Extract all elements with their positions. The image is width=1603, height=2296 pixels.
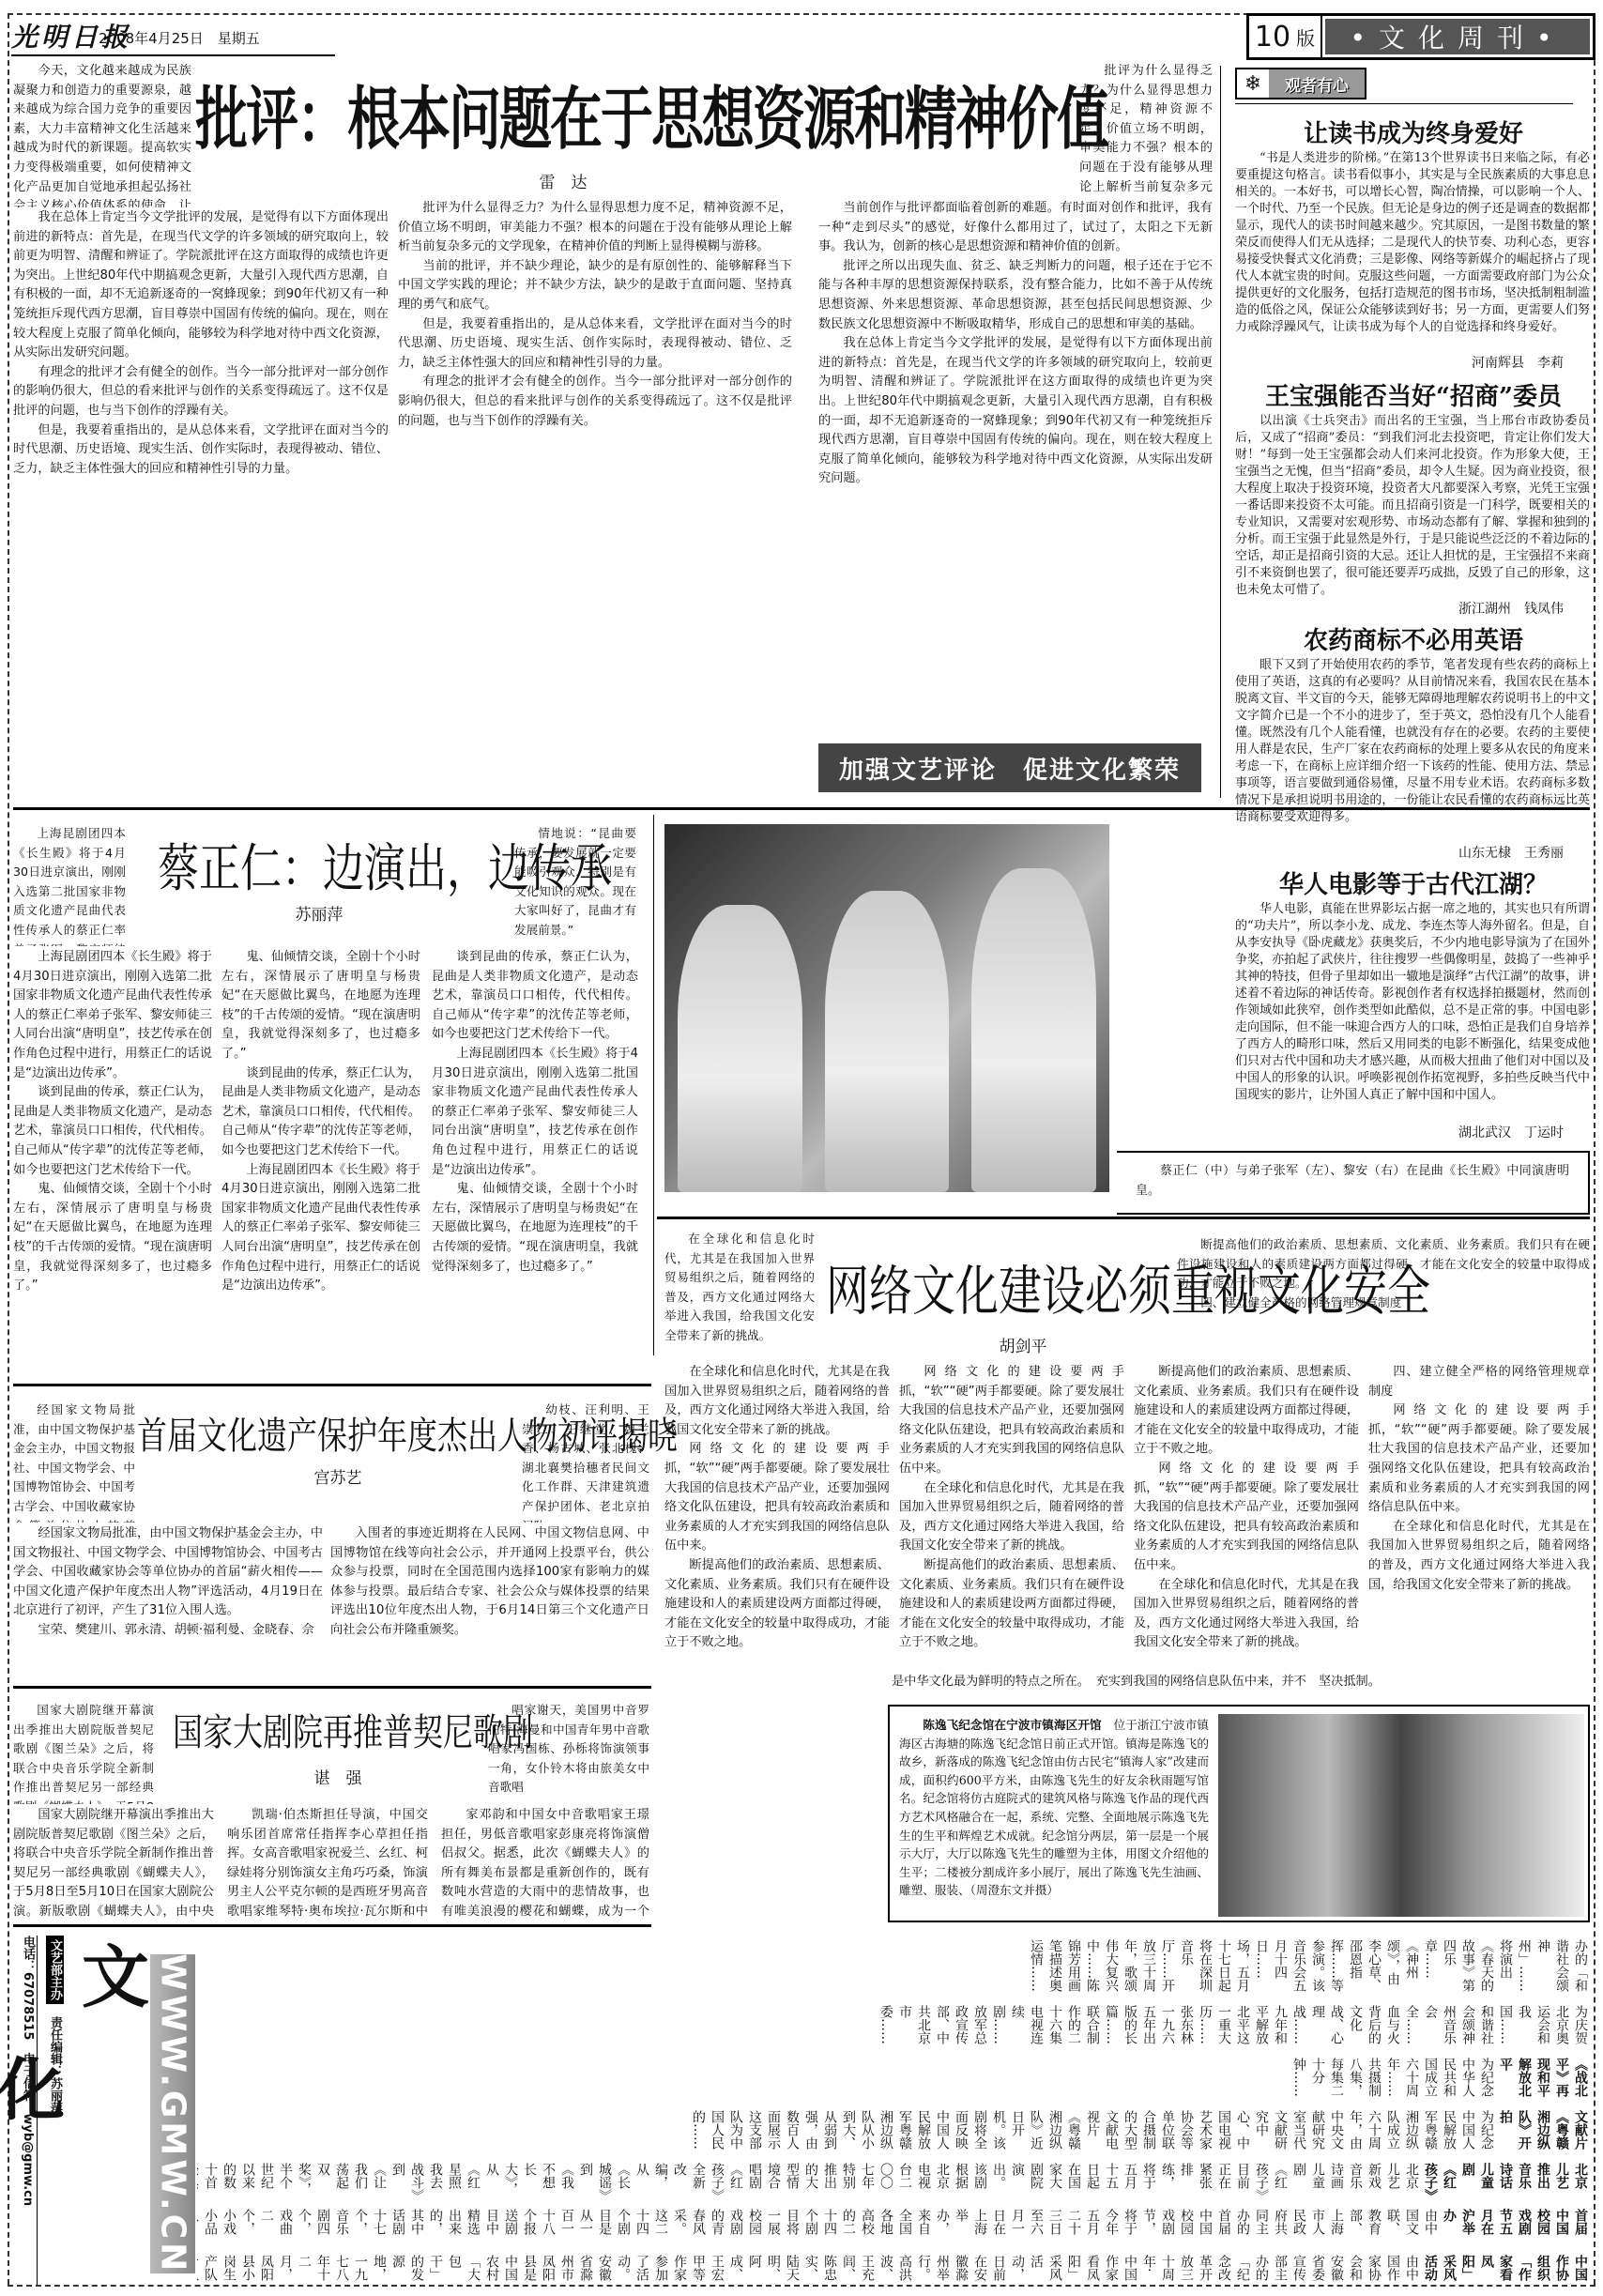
page-label: 10版 •文化周刊• xyxy=(1246,13,1595,60)
brief-item: 首届中国校园戏剧节五月在沪举办由中国文联、教育部、上海市人民政府共同主办的首届中… xyxy=(197,2209,1590,2242)
brief-item: 《战北平》再现和平解放北平为纪念中华人民共和国成立六十周年……共摄制八集，每集二… xyxy=(197,2058,1590,2097)
network-column-1: 在全球化和信息化时代，尤其是在我国加入世界贸易组织之后，随着网络的普及，西方文化… xyxy=(664,1363,890,1673)
heritage-column-2: 入围者的事迹近期将在人民网、中国文物信息网、中国博物馆在线等向社会公示，并开通网… xyxy=(330,1524,649,1665)
sidebar-article-2-body: 以出演《士兵突击》而出名的王宝强，当上邢台市政协委员后，又成了“招商”委员：“到… xyxy=(1235,413,1590,597)
kunqu-column-1: 上海昆剧团四本《长生殿》将于4月30日进京演出，刚刚入选第二批国家非物质文化遗产… xyxy=(13,948,212,1342)
section-rule-1 xyxy=(13,807,1590,810)
network-lead: 在全球化和信息化时代，尤其是在我国加入世界贸易组织之后，随着网络的普及，西方文化… xyxy=(664,1230,815,1363)
kunqu-lead: 上海昆剧团四本《长生殿》将于4月30日进京演出，刚刚入选第二批国家非物质文化遗产… xyxy=(13,824,126,946)
sidebar-article-3-body: 眼下又到了开始使用农药的季节，笔者发现有些农药的商标上使用了英语，这真的有必要吗… xyxy=(1235,657,1590,841)
opera-lead: 国家大剧院继开幕演出季推出大剧院版普契尼歌剧《图兰朵》之后，将联合中央音乐学院全… xyxy=(13,1701,154,1804)
photo-caption: 蔡正仁（中）与弟子张军（左）、黎安（右）在昆曲《长生殿》中同演唐明皇。 xyxy=(1117,1153,1588,1210)
performer-right xyxy=(971,868,1096,1192)
network-right-top: 断提高他们的政治素质、思想素质、文化素质、业务素质。我们只有在硬件设施建设和人的… xyxy=(1177,1235,1590,1348)
network-byline: 胡剑平 xyxy=(939,1333,1107,1356)
column-tag: ❄ 观者有心 xyxy=(1235,68,1366,99)
page-number: 10版 xyxy=(1249,16,1322,57)
opera-col3-top: 唱家谢天，美国男中音罗伯特·海曼和中国青年男中音歌唱家冯国栋、孙栎将饰演领事一角… xyxy=(488,1701,649,1804)
memorial-text: 陈逸飞纪念馆在宁波市镇海区开馆 位于浙江宁波市镇海区古海塘的陈逸飞纪念馆日前正式… xyxy=(899,1716,1209,1915)
kunqu-byline: 苏丽萍 xyxy=(225,901,413,925)
section-rule-4 xyxy=(13,1686,651,1689)
kunqu-photo xyxy=(664,824,1109,1192)
brief-item: 文献片《粤赣湘边纵队》开拍为纪念中国人民解放军粤赣湘边纵队成立六十周年，由中央文… xyxy=(197,2110,1590,2150)
column-divider xyxy=(1220,66,1221,798)
masthead-rule xyxy=(11,54,335,56)
sidebar-article-4-title: 华人电影等于古代江湖？ xyxy=(1235,865,1592,900)
brief-item: 中国作协组织「作家看凤阳」采风活动由中国作家协会和安徽省委宣传部主办的「纪念改革… xyxy=(197,2255,1590,2281)
network-column-4: 四、建立健全严格的网络管理规章制度网络文化的建设要两手抓，“软”“硬”两手都要硬… xyxy=(1368,1363,1590,1673)
photo-caption-box: 蔡正仁（中）与弟子张军（左）、黎安（右）在昆曲《长生殿》中同演唐明皇。 xyxy=(1117,1151,1590,1215)
opera-column-3: 家邓韵和中国女中音歌唱家王璟担任，男低音歌唱家彭康亮将饰演僧侣叔父。据悉，此次《… xyxy=(441,1806,649,1919)
network-column-3: 断提高他们的政治素质、思想素质、文化素质、业务素质。我们只有在硬件设施建设和人的… xyxy=(1134,1363,1359,1673)
network-column-2: 网络文化的建设要两手抓，“软”“硬”两手都要硬。除了要发展壮大我国的信息技术产品… xyxy=(899,1363,1124,1673)
section-logo-text: 文化 xyxy=(68,1941,152,2121)
kunqu-divider xyxy=(653,815,654,1355)
main-lead-text: 今天，文化越来越成为民族凝聚力和创造力的重要源泉，越来越成为综合国力竞争的重要因… xyxy=(13,62,191,207)
sidebar-article-4-body: 华人电影，真能在世界影坛占据一席之地的，其实也只有所谓的“功夫片”，所以李小龙、… xyxy=(1235,901,1590,1123)
heritage-lead: 经国家文物局批准，由中国文物保护基金会主办，中国文物报社、中国文物学会、中国博物… xyxy=(13,1401,135,1523)
section-rule-3 xyxy=(13,1384,651,1386)
briefs-area: 中国作协组织「作家看凤阳」采风活动由中国作家协会和安徽省委宣传部主办的「纪念改革… xyxy=(197,1937,1590,2281)
kunqu-column-2: 鬼、仙倾情交谈，全剧十个小时左右，深情展示了唐明皇与杨贵妃“在天愿做比翼鸟，在地… xyxy=(221,948,420,1342)
kunqu-col3-top: 情地说：“昆曲要传承，要发展就一定要能吸引观众，特别是有文化知识的观众。现在大家… xyxy=(514,824,636,946)
brief-item: 办的「和谐社会颂神州」……将演出《春天的故事》第四乐章……《神州颂》，由李心草、… xyxy=(197,1939,1590,1992)
sidebar-article-4-sign: 湖北武汉 丁运时 xyxy=(1235,1123,1592,1141)
performer-center xyxy=(825,891,950,1192)
department-badge: 文艺部主办 xyxy=(46,1936,64,2004)
heritage-byline: 宫苏艺 xyxy=(263,1464,413,1488)
sidebar-rule xyxy=(1235,103,1573,104)
main-byline: 雷 达 xyxy=(469,169,657,192)
section-rule-2 xyxy=(657,1217,1590,1219)
snowflake-icon: ❄ xyxy=(1237,69,1269,98)
main-column-3-top: 批评为什么显得乏力？为什么显得思想力度不足，精神资源不足，价值立场不明朗，审美能… xyxy=(1079,62,1213,193)
opera-headline: 国家大剧院再推普契尼歌剧 xyxy=(173,1703,533,1757)
page-border-bottom xyxy=(8,2285,1595,2287)
sidebar-article-2-sign: 浙江湖州 钱凤伟 xyxy=(1235,599,1592,618)
network-tail: 是中华文化最为鲜明的特点之所在。 充实到我国的网络信息队伍中来，并不 坚决抵制。 xyxy=(892,1673,1590,1693)
sidebar-article-3-title: 农药商标不必用英语 xyxy=(1235,621,1592,656)
sidebar-article-3-sign: 山东无棣 王秀丽 xyxy=(1235,843,1592,862)
memorial-title: 陈逸飞纪念馆在宁波市镇海区开馆 xyxy=(923,1718,1102,1732)
main-column-3: 当前创作与批评都面临着创新的难题。有时面对创作和批评，我有一种“走到尽头”的感觉… xyxy=(818,199,1213,734)
memorial-photo xyxy=(1218,1714,1584,1917)
opera-column-2: 凯瑞·伯杰斯担任导演，中国交响乐团首席常任指挥李心草担任指挥。女高音歌唱家祝爱兰… xyxy=(227,1806,428,1919)
opera-column-1: 国家大剧院继开幕演出季推出大剧院版普契尼歌剧《图兰朵》之后，将联合中央音乐学院全… xyxy=(13,1806,214,1919)
main-column-2: 批评为什么显得乏力？为什么显得思想力度不足，精神资源不足，价值立场不明朗，审美能… xyxy=(398,199,792,781)
sidebar-article-1-body: “书是人类进步的阶梯。”在第13个世界读书日来临之际，有必要重提这句格言。读书看… xyxy=(1235,150,1590,353)
main-headline: 批评：根本问题在于思想资源和精神价值 xyxy=(195,66,1107,163)
sidebar-article-1-sign: 河南辉县 李莉 xyxy=(1235,353,1592,372)
main-column-1: 我在总体上肯定当今文学批评的发展，是觉得有以下方面体现出前进的新特点：首先是，在… xyxy=(13,208,389,727)
memorial-credit: （周澄东文并摄） xyxy=(970,1883,1059,1897)
page-border-left xyxy=(8,13,9,2285)
memorial-box: 陈逸飞纪念馆在宁波市镇海区开馆 位于浙江宁波市镇海区古海塘的陈逸飞纪念馆日前正式… xyxy=(888,1705,1590,1922)
brief-item: 北京儿艺推出音乐诗话儿童剧《红孩子》北京儿艺新戏音乐诗画儿童剧《红孩子》目前正在… xyxy=(197,2163,1590,2196)
sidebar-article-2-title: 王宝强能否当好“招商”委员 xyxy=(1235,377,1592,412)
heritage-right-top: 幼枝、汪利明、王崇仁、王继堂、魏兰香、杨古城、张北槐、湖北襄樊拾穗者民间文化工作… xyxy=(522,1401,649,1523)
website-url: WWW.GMW.CN xyxy=(150,1954,195,2273)
kunqu-column-3: 谈到昆曲的传承，蔡正仁认为，昆曲是人类非物质文化遗产，是动态艺术，靠演员口口相传… xyxy=(432,948,638,1342)
performer-left xyxy=(678,905,802,1192)
issue-date: 2008年4月25日 星期五 xyxy=(99,28,260,48)
section-rule-5 xyxy=(13,1924,651,1927)
section-title: •文化周刊• xyxy=(1325,19,1590,54)
heritage-column-1: 经国家文物局批准，由中国文物保护基金会主办，中国文物报社、中国文物学会、中国博物… xyxy=(13,1524,323,1665)
sidebar-article-1-title: 让读书成为终身爱好 xyxy=(1235,115,1592,149)
page-border-right xyxy=(1594,13,1595,2285)
slogan-banner: 加强文艺评论 促进文化繁荣 xyxy=(818,743,1201,792)
brief-item: 为庆贺北京奥运会和我国……和谐社会颂神州音乐会全……血与火背后的文化战、心理战…… xyxy=(197,2005,1590,2044)
opera-byline: 谌 强 xyxy=(263,1765,413,1788)
